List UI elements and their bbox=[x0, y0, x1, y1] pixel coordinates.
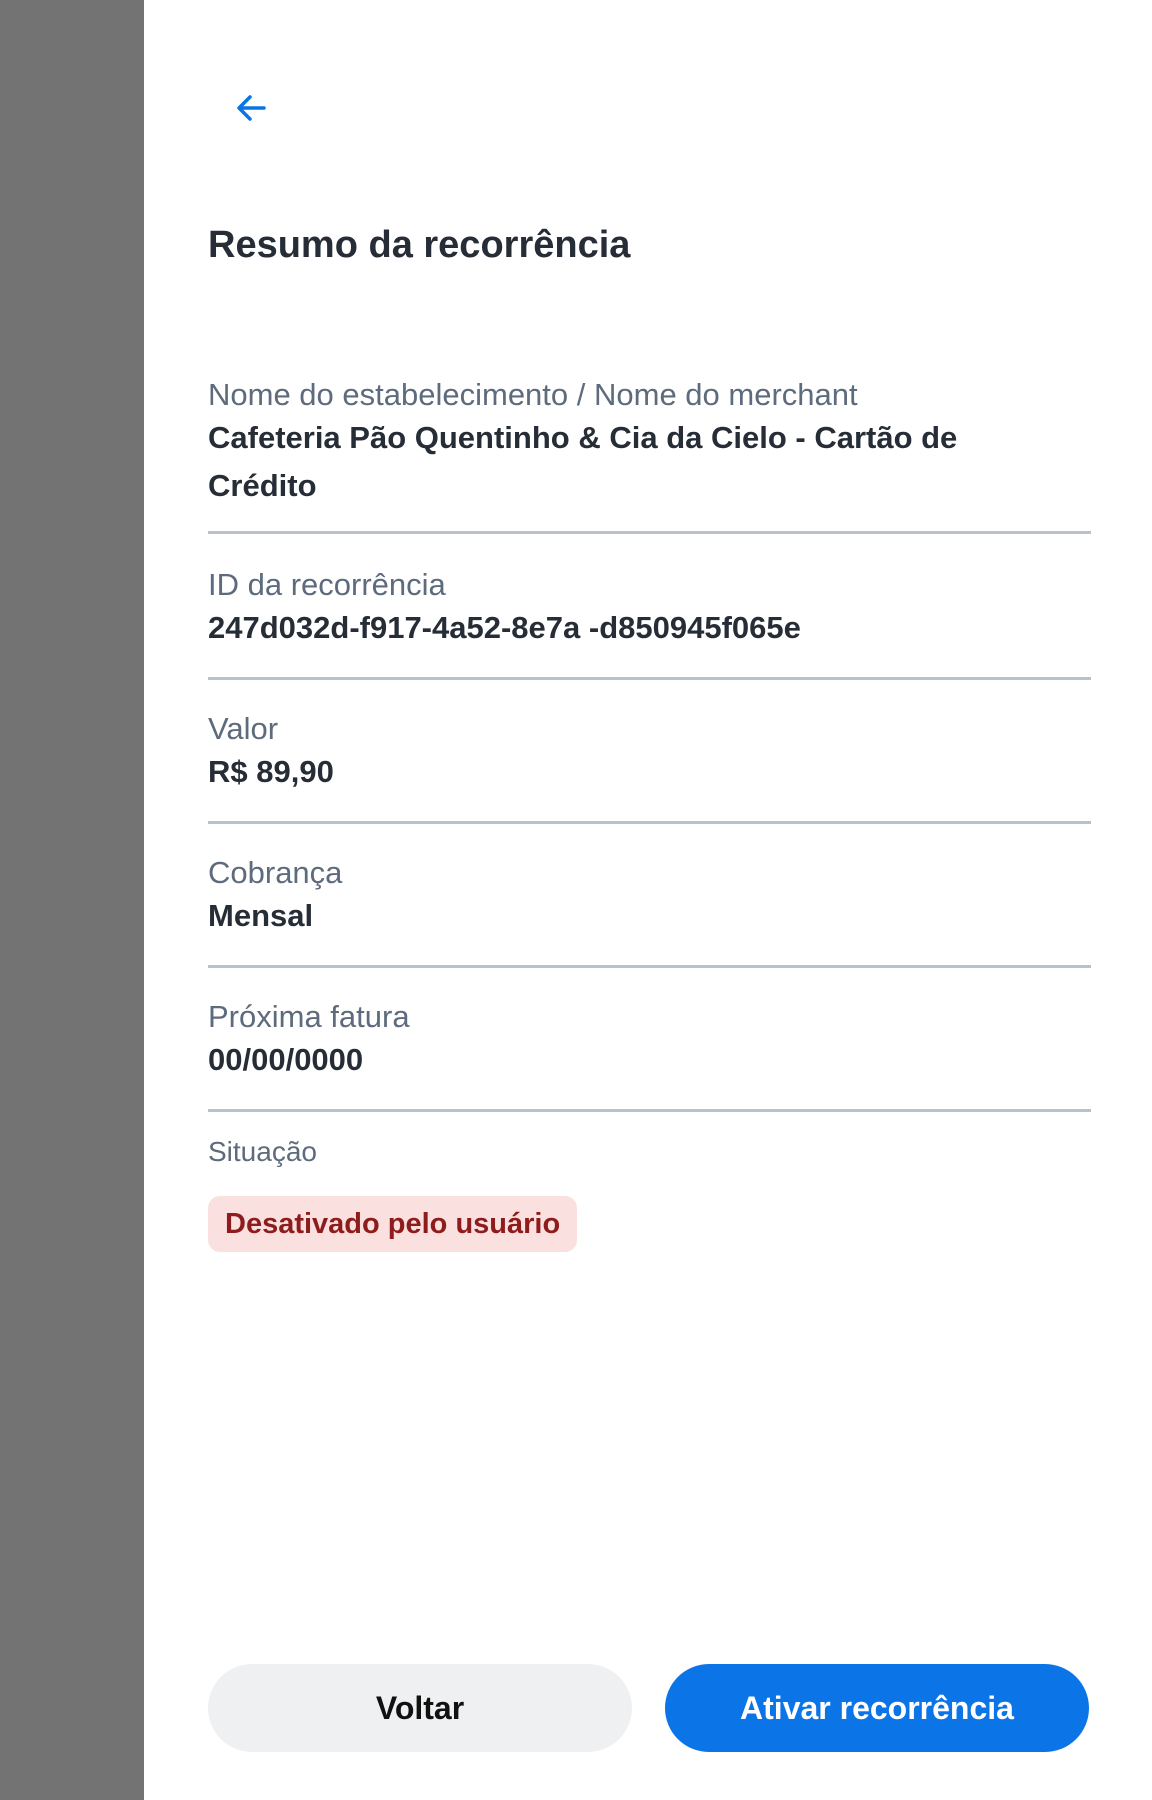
field-value: R$ 89,90 bbox=[208, 748, 1091, 796]
field-label: Nome do estabelecimento / Nome do mercha… bbox=[208, 376, 1091, 414]
billing-frequency-field: Cobrança Mensal bbox=[208, 854, 1091, 968]
field-value: Cafeteria Pão Quentinho & Cia da Cielo -… bbox=[208, 414, 1028, 510]
next-invoice-field: Próxima fatura 00/00/0000 bbox=[208, 998, 1091, 1112]
modal-backdrop[interactable] bbox=[0, 0, 144, 1800]
status-badge: Desativado pelo usuário bbox=[208, 1196, 577, 1252]
status-label: Situação bbox=[208, 1136, 317, 1168]
activate-recurrence-button[interactable]: Ativar recorrência bbox=[665, 1664, 1089, 1752]
field-label: Valor bbox=[208, 710, 1091, 748]
field-label: Cobrança bbox=[208, 854, 1091, 892]
field-label: ID da recorrência bbox=[208, 566, 1091, 604]
amount-field: Valor R$ 89,90 bbox=[208, 710, 1091, 824]
page-title: Resumo da recorrência bbox=[208, 224, 630, 267]
field-label: Próxima fatura bbox=[208, 998, 1091, 1036]
back-action-button[interactable]: Voltar bbox=[208, 1664, 632, 1752]
recurrence-id-field: ID da recorrência 247d032d-f917-4a52-8e7… bbox=[208, 566, 1091, 680]
field-value: Mensal bbox=[208, 892, 1091, 940]
field-value: 00/00/0000 bbox=[208, 1036, 1091, 1084]
back-button[interactable] bbox=[230, 86, 274, 130]
merchant-name-field: Nome do estabelecimento / Nome do mercha… bbox=[208, 376, 1091, 534]
arrow-left-icon bbox=[230, 86, 274, 130]
field-value: 247d032d-f917-4a52-8e7a -d850945f065e bbox=[208, 604, 1091, 652]
